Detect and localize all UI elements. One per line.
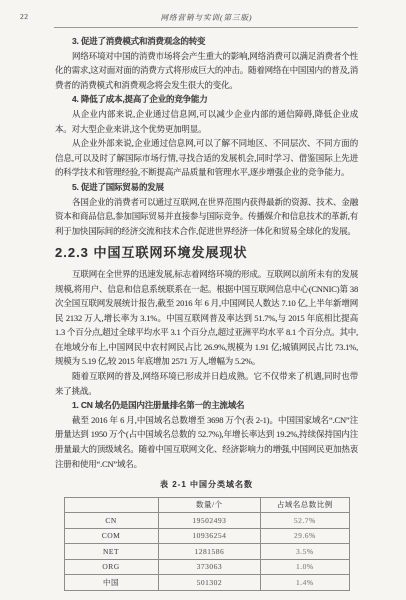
- table-row: ORG 373063 1.0%: [64, 559, 349, 575]
- domain-count: 10936254: [158, 528, 261, 544]
- domain-count: 373063: [158, 559, 261, 575]
- para-cost-internal: 从企业内部来说,企业通过信息网,可以减少企业内部的通信障碍,降低企业成本。对大型…: [55, 107, 358, 136]
- domain-percent: 52.7%: [261, 513, 349, 529]
- table-row: 中国 501302 1.4%: [64, 575, 349, 591]
- col-header-blank: [64, 497, 158, 513]
- para-consumption: 网络环境对中国的消费市场将会产生重大的影响,网络消费可以满足消费者个性化的需求,…: [55, 49, 358, 93]
- table-row: CN 19502493 52.7%: [64, 513, 349, 529]
- domain-percent: 1.0%: [261, 559, 349, 575]
- table-caption: 表 2-1 中国分类域名数: [55, 478, 358, 493]
- domain-count-table: 数量/个 占域名总数比例 CN 19502493 52.7% COM 10936…: [64, 497, 350, 591]
- col-header-count: 数量/个: [158, 497, 261, 513]
- domain-percent: 29.6%: [261, 528, 349, 544]
- domain-table-block: 表 2-1 中国分类域名数 数量/个 占域名总数比例 CN 19502493: [55, 478, 358, 591]
- domain-count: 19502493: [158, 513, 261, 529]
- domain-label: CN: [64, 513, 158, 529]
- header-rule: [54, 27, 358, 28]
- table-row: COM 10936254 29.6%: [64, 528, 349, 544]
- domain-percent: 1.4%: [261, 575, 349, 591]
- domain-label: NET: [64, 544, 158, 560]
- domain-label: COM: [64, 528, 158, 544]
- domain-percent: 3.5%: [261, 544, 349, 560]
- table-row: NET 1281586 3.5%: [64, 544, 349, 560]
- subheading-consumption: 3. 促进了消费模式和消费观念的转变: [55, 34, 358, 49]
- subheading-trade: 5. 促进了国际贸易的发展: [55, 180, 358, 195]
- running-title: 网络营销与实训(第三版): [55, 12, 358, 23]
- section-heading-223: 2.2.3 中国互联网环境发展现状: [55, 246, 358, 261]
- domain-label: ORG: [64, 559, 158, 575]
- para-trade: 各国企业的消费者可以通过互联网,在世界范围内获得最新的资源、技术、金融资本和商品…: [55, 195, 358, 239]
- para-internet-maturity: 随着互联网的普及,网络环境已形成并日趋成熟。它不仅带来了机遇,同时也带来了挑战。: [55, 369, 358, 398]
- book-page: 22 网络营销与实训(第三版) 3. 促进了消费模式和消费观念的转变 网络环境对…: [0, 0, 406, 600]
- para-cost-external: 从企业外部来说,企业通过信息网,可以了解不同地区、不同层次、不同方面的信息,可以…: [55, 136, 358, 180]
- table-header-row: 数量/个 占域名总数比例: [64, 497, 349, 513]
- domain-count: 501302: [158, 575, 261, 591]
- page-number: 22: [20, 12, 29, 21]
- subheading-cost: 4. 降低了成本,提高了企业的竞争能力: [55, 92, 358, 107]
- domain-label: 中国: [64, 575, 158, 591]
- para-cn-domain: 截至 2016 年 6 月,中国域名总数增至 3698 万个(表 2-1)。中国…: [55, 413, 358, 471]
- page-content: 3. 促进了消费模式和消费观念的转变 网络环境对中国的消费市场将会产生重大的影响…: [55, 34, 358, 591]
- domain-count: 1281586: [158, 544, 261, 560]
- subheading-cn-domain: 1. CN 域名仍是国内注册量排名第一的主流域名: [55, 398, 358, 413]
- col-header-percent: 占域名总数比例: [261, 497, 349, 513]
- para-internet-development: 互联网在全世界的迅速发展,标志着网络环境的形成。互联网以前所未有的发展规模,将用…: [55, 267, 358, 369]
- running-head: 22 网络营销与实训(第三版): [20, 11, 358, 25]
